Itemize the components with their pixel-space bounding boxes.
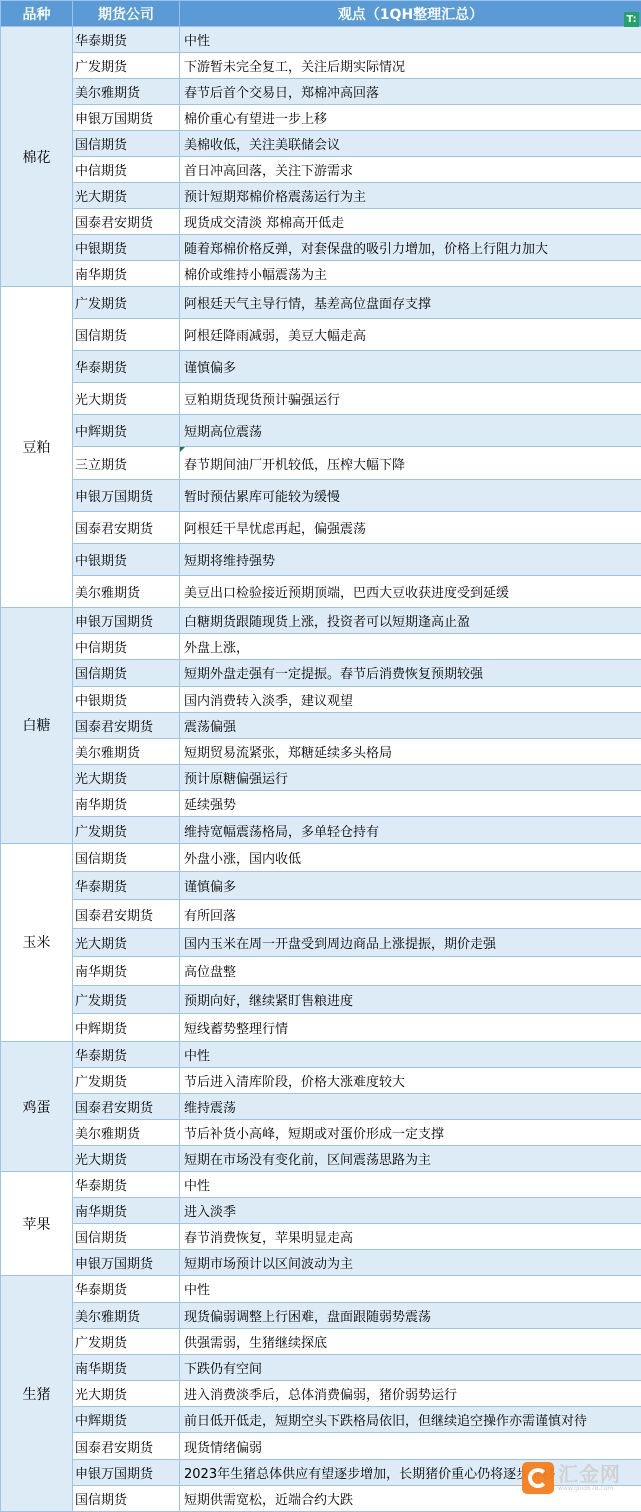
- view-cell[interactable]: 供强需弱，生猪继续探底: [180, 1328, 641, 1354]
- view-cell[interactable]: 短期高位震荡: [180, 415, 641, 447]
- table-row: 中辉期货短线蓄势整理行情: [1, 1013, 641, 1041]
- view-cell[interactable]: 豆粕期货现货预计骗强运行: [180, 383, 641, 415]
- view-cell[interactable]: 短期贸易流紧张，郑糖延续多头格局: [180, 738, 641, 764]
- view-cell[interactable]: 白糖期货跟随现货上涨，投资者可以短期逢高止盈: [180, 607, 641, 633]
- company-cell[interactable]: 广发期货: [73, 53, 180, 79]
- view-text: 阿根廷天气主导行情，基差高位盘面存支撑: [184, 297, 431, 312]
- company-cell[interactable]: 南华期货: [73, 957, 180, 985]
- view-cell[interactable]: 维持震荡: [180, 1094, 641, 1120]
- table-row: 国信期货短期外盘走强有一定提振。春节后消费恢复预期较强: [1, 660, 641, 686]
- view-cell[interactable]: 短期市场预计以区间波动为主: [180, 1250, 641, 1276]
- view-text: 现货成交清淡 郑棉高开低走: [184, 216, 344, 231]
- view-cell[interactable]: 震荡偏强: [180, 712, 641, 738]
- company-cell[interactable]: 华泰期货: [73, 1042, 180, 1068]
- table-row: 鸡蛋华泰期货中性: [1, 1042, 641, 1068]
- view-text: 短期供需宽松，近端合约大跌: [184, 1493, 353, 1508]
- view-cell[interactable]: 国内消费转入淡季，建议观望: [180, 686, 641, 712]
- view-text: 维持震荡: [184, 1101, 236, 1116]
- view-cell[interactable]: 预期向好，继续紧盯售粮进度: [180, 985, 641, 1013]
- company-cell[interactable]: 华泰期货: [73, 351, 180, 383]
- company-cell[interactable]: 国泰君安期货: [73, 1433, 180, 1459]
- view-cell[interactable]: 下游暂未完全复工，关注后期实际情况: [180, 53, 641, 79]
- table-row: 玉米国信期货外盘小涨，国内收低: [1, 843, 641, 871]
- view-text: 短期贸易流紧张，郑糖延续多头格局: [184, 746, 392, 761]
- table-row: 中辉期货前日低开低走，短期空头下跌格局依旧，但继续追空操作亦需谨慎对待: [1, 1407, 641, 1433]
- company-cell[interactable]: 中信期货: [73, 634, 180, 660]
- view-text: 短期外盘走强有一定提振。春节后消费恢复预期较强: [184, 667, 483, 682]
- table-row: 光大期货国内玉米在周一开盘受到周边商品上涨提振，期价走强: [1, 928, 641, 956]
- company-cell[interactable]: 广发期货: [73, 1328, 180, 1354]
- view-cell[interactable]: 有所回落: [180, 900, 641, 928]
- company-cell[interactable]: 广发期货: [73, 817, 180, 843]
- header-view[interactable]: 观点（1QH整理汇总） T:: [180, 1, 641, 27]
- table-row: 南华期货进入淡季: [1, 1198, 641, 1224]
- company-cell[interactable]: 中辉期货: [73, 415, 180, 447]
- company-cell[interactable]: 南华期货: [73, 791, 180, 817]
- company-cell[interactable]: 国泰君安期货: [73, 209, 180, 235]
- view-cell[interactable]: 中性: [180, 1276, 641, 1302]
- table-row: 广发期货节后进入清库阶段，价格大涨难度较大: [1, 1068, 641, 1094]
- view-text: 春节消费恢复，苹果明显走高: [184, 1231, 353, 1246]
- view-cell[interactable]: 现货偏弱调整上行困难，盘面跟随弱势震荡: [180, 1302, 641, 1328]
- company-cell[interactable]: 国信期货: [73, 1485, 180, 1511]
- view-cell[interactable]: 短期将维持强势: [180, 543, 641, 575]
- company-cell[interactable]: 中辉期货: [73, 1407, 180, 1433]
- view-text: 短期将维持强势: [184, 554, 275, 569]
- table-row: 国信期货春节消费恢复，苹果明显走高: [1, 1224, 641, 1250]
- header-category[interactable]: 品种: [1, 1, 73, 27]
- table-row: 豆粕广发期货阿根廷天气主导行情，基差高位盘面存支撑: [1, 287, 641, 319]
- view-text: 暂时预估累库可能较为缓慢: [184, 490, 340, 505]
- company-cell[interactable]: 华泰期货: [73, 27, 180, 53]
- table-row: 白糖申银万国期货白糖期货跟随现货上涨，投资者可以短期逢高止盈: [1, 607, 641, 633]
- view-cell[interactable]: 下跌仍有空间: [180, 1354, 641, 1380]
- view-text: 中性: [184, 1179, 210, 1194]
- company-cell[interactable]: 申银万国期货: [73, 105, 180, 131]
- view-text: 中性: [184, 34, 210, 49]
- company-cell[interactable]: 国信期货: [73, 1224, 180, 1250]
- view-cell[interactable]: 短期外盘走强有一定提振。春节后消费恢复预期较强: [180, 660, 641, 686]
- company-cell[interactable]: 南华期货: [73, 1354, 180, 1380]
- table-row: 广发期货供强需弱，生猪继续探底: [1, 1328, 641, 1354]
- header-row: 品种 期货公司 观点（1QH整理汇总） T:: [1, 1, 641, 27]
- category-cell[interactable]: 苹果: [1, 1172, 73, 1276]
- category-cell[interactable]: 棉花: [1, 27, 73, 287]
- table-body: 棉花华泰期货中性广发期货下游暂未完全复工，关注后期实际情况美尔雅期货春节后首个交…: [1, 27, 641, 1512]
- table-row: 三立期货春节期间油厂开机较低，压榨大幅下降: [1, 447, 641, 479]
- company-cell[interactable]: 广发期货: [73, 287, 180, 319]
- company-cell[interactable]: 美尔雅期货: [73, 1120, 180, 1146]
- view-text: 预计原糖偏强运行: [184, 772, 288, 787]
- table-row: 南华期货下跌仍有空间: [1, 1354, 641, 1380]
- view-text: 下跌仍有空间: [184, 1362, 262, 1377]
- table-row: 国泰君安期货现货成交清淡 郑棉高开低走: [1, 209, 641, 235]
- company-cell[interactable]: 国信期货: [73, 660, 180, 686]
- company-cell[interactable]: 中信期货: [73, 157, 180, 183]
- view-text: 预期向好，继续紧盯售粮进度: [184, 994, 353, 1009]
- view-cell[interactable]: 棉价或维持小幅震荡为主: [180, 261, 641, 287]
- view-cell[interactable]: 美棉收低，关注美联储会议: [180, 131, 641, 157]
- company-cell[interactable]: 国泰君安期货: [73, 1094, 180, 1120]
- table-row: 美尔雅期货春节后首个交易日，郑棉冲高回落: [1, 79, 641, 105]
- view-text: 棉价或维持小幅震荡为主: [184, 268, 327, 283]
- table-row: 国信期货阿根廷降雨减弱，美豆大幅走高: [1, 319, 641, 351]
- view-cell[interactable]: 中性: [180, 1172, 641, 1198]
- view-text: 短期在市场没有变化前，区间震荡思路为主: [184, 1153, 431, 1168]
- table-row: 苹果华泰期货中性: [1, 1172, 641, 1198]
- table-row: 广发期货维持宽幅震荡格局，多单轻仓持有: [1, 817, 641, 843]
- company-cell[interactable]: 美尔雅期货: [73, 79, 180, 105]
- company-cell[interactable]: 申银万国期货: [73, 1250, 180, 1276]
- view-text: 阿根廷干旱忧虑再起，偏强震荡: [184, 522, 366, 537]
- view-cell[interactable]: 短线蓄势整理行情: [180, 1013, 641, 1041]
- table-row: 申银万国期货棉价重心有望进一步上移: [1, 105, 641, 131]
- view-text: 美棉收低，关注美联储会议: [184, 138, 340, 153]
- company-cell[interactable]: 华泰期货: [73, 1276, 180, 1302]
- view-text: 现货情绪偏弱: [184, 1441, 262, 1456]
- company-cell[interactable]: 美尔雅期货: [73, 1302, 180, 1328]
- watermark: 汇金网 www.gold678.com: [522, 1458, 641, 1498]
- company-cell[interactable]: 国泰君安期货: [73, 511, 180, 543]
- company-cell[interactable]: 国泰君安期货: [73, 900, 180, 928]
- view-cell[interactable]: 短期在市场没有变化前，区间震荡思路为主: [180, 1146, 641, 1172]
- company-cell[interactable]: 中银期货: [73, 543, 180, 575]
- view-cell[interactable]: 美豆出口检验接近预期顶端，巴西大豆收获进度受到延缓: [180, 575, 641, 607]
- table-row: 棉花华泰期货中性: [1, 27, 641, 53]
- table-row: 广发期货预期向好，继续紧盯售粮进度: [1, 985, 641, 1013]
- view-cell[interactable]: 高位盘整: [180, 957, 641, 985]
- view-text: 2023年生猪总体供应有望逐步增加，长期猪价重心仍将逐步下移: [184, 1467, 555, 1482]
- view-cell[interactable]: 延续强势: [180, 791, 641, 817]
- company-cell[interactable]: 光大期货: [73, 183, 180, 209]
- table-row: 华泰期货谨慎偏多: [1, 351, 641, 383]
- view-cell[interactable]: 首日冲高回落，关注下游需求: [180, 157, 641, 183]
- table-row: 国泰君安期货现货情绪偏弱: [1, 1433, 641, 1459]
- company-cell[interactable]: 申银万国期货: [73, 1459, 180, 1485]
- view-cell[interactable]: 棉价重心有望进一步上移: [180, 105, 641, 131]
- company-cell[interactable]: 广发期货: [73, 985, 180, 1013]
- table-row: 国信期货美棉收低，关注美联储会议: [1, 131, 641, 157]
- view-cell[interactable]: 国内玉米在周一开盘受到周边商品上涨提振，期价走强: [180, 928, 641, 956]
- company-cell[interactable]: 华泰期货: [73, 872, 180, 900]
- company-cell[interactable]: 美尔雅期货: [73, 738, 180, 764]
- view-cell[interactable]: 谨慎偏多: [180, 351, 641, 383]
- view-cell[interactable]: 春节消费恢复，苹果明显走高: [180, 1224, 641, 1250]
- company-cell[interactable]: 光大期货: [73, 765, 180, 791]
- view-text: 春节期间油厂开机较低，压榨大幅下降: [184, 458, 405, 473]
- view-cell[interactable]: 预计原糖偏强运行: [180, 765, 641, 791]
- view-cell[interactable]: 春节期间油厂开机较低，压榨大幅下降: [180, 447, 641, 479]
- filter-icon[interactable]: T:: [624, 12, 639, 27]
- view-cell[interactable]: 阿根廷降雨减弱，美豆大幅走高: [180, 319, 641, 351]
- view-text: 中性: [184, 1283, 210, 1298]
- view-text: 美豆出口检验接近预期顶端，巴西大豆收获进度受到延缓: [184, 586, 509, 601]
- company-cell[interactable]: 国泰君安期货: [73, 712, 180, 738]
- view-cell[interactable]: 预计短期郑棉价格震荡运行为主: [180, 183, 641, 209]
- view-cell[interactable]: 中性: [180, 1042, 641, 1068]
- category-cell[interactable]: 豆粕: [1, 287, 73, 608]
- view-text: 高位盘整: [184, 965, 236, 980]
- company-cell[interactable]: 美尔雅期货: [73, 575, 180, 607]
- table-row: 国泰君安期货震荡偏强: [1, 712, 641, 738]
- view-text: 国内玉米在周一开盘受到周边商品上涨提振，期价走强: [184, 937, 496, 952]
- table-row: 南华期货棉价或维持小幅震荡为主: [1, 261, 641, 287]
- view-text: 现货偏弱调整上行困难，盘面跟随弱势震荡: [184, 1310, 431, 1325]
- company-cell[interactable]: 国信期货: [73, 319, 180, 351]
- view-cell[interactable]: 节后补货小高峰，短期或对蛋价形成一定支撑: [180, 1120, 641, 1146]
- company-cell[interactable]: 中银期货: [73, 235, 180, 261]
- watermark-url: www.gold678.com: [558, 1486, 621, 1492]
- company-cell[interactable]: 广发期货: [73, 1068, 180, 1094]
- watermark-logo-icon: [522, 1462, 554, 1494]
- table-row: 光大期货豆粕期货现货预计骗强运行: [1, 383, 641, 415]
- table-row: 光大期货短期在市场没有变化前，区间震荡思路为主: [1, 1146, 641, 1172]
- table-row: 美尔雅期货美豆出口检验接近预期顶端，巴西大豆收获进度受到延缓: [1, 575, 641, 607]
- company-cell[interactable]: 中辉期货: [73, 1013, 180, 1041]
- company-cell[interactable]: 华泰期货: [73, 1172, 180, 1198]
- table-row: 南华期货高位盘整: [1, 957, 641, 985]
- table-row: 申银万国期货短期市场预计以区间波动为主: [1, 1250, 641, 1276]
- company-cell[interactable]: 南华期货: [73, 1198, 180, 1224]
- view-cell[interactable]: 前日低开低走，短期空头下跌格局依旧，但继续追空操作亦需谨慎对待: [180, 1407, 641, 1433]
- table-row: 中银期货短期将维持强势: [1, 543, 641, 575]
- view-cell[interactable]: 随着郑棉价格反弹，对套保盘的吸引力增加，价格上行阻力加大: [180, 235, 641, 261]
- view-text: 短期高位震荡: [184, 425, 262, 440]
- category-cell[interactable]: 白糖: [1, 607, 73, 843]
- view-cell[interactable]: 节后进入清库阶段，价格大涨难度较大: [180, 1068, 641, 1094]
- table-row: 南华期货延续强势: [1, 791, 641, 817]
- view-cell[interactable]: 进入消费淡季后，总体消费偏弱，猪价弱势运行: [180, 1381, 641, 1407]
- view-text: 维持宽幅震荡格局，多单轻仓持有: [184, 825, 379, 840]
- company-cell[interactable]: 申银万国期货: [73, 479, 180, 511]
- view-cell[interactable]: 进入淡季: [180, 1198, 641, 1224]
- table-row: 中银期货随着郑棉价格反弹，对套保盘的吸引力增加，价格上行阻力加大: [1, 235, 641, 261]
- table-row: 中辉期货短期高位震荡: [1, 415, 641, 447]
- view-cell[interactable]: 现货情绪偏弱: [180, 1433, 641, 1459]
- view-cell[interactable]: 外盘上涨，: [180, 634, 641, 660]
- table-row: 国泰君安期货阿根廷干旱忧虑再起，偏强震荡: [1, 511, 641, 543]
- view-text: 延续强势: [184, 798, 236, 813]
- category-cell[interactable]: 玉米: [1, 843, 73, 1042]
- view-cell[interactable]: 阿根廷干旱忧虑再起，偏强震荡: [180, 511, 641, 543]
- view-text: 预计短期郑棉价格震荡运行为主: [184, 190, 366, 205]
- company-cell[interactable]: 光大期货: [73, 1381, 180, 1407]
- view-text: 春节后首个交易日，郑棉冲高回落: [184, 86, 379, 101]
- company-cell[interactable]: 南华期货: [73, 261, 180, 287]
- company-cell[interactable]: 光大期货: [73, 1146, 180, 1172]
- table-row: 中信期货外盘上涨，: [1, 634, 641, 660]
- view-cell[interactable]: 中性: [180, 27, 641, 53]
- table-row: 美尔雅期货节后补货小高峰，短期或对蛋价形成一定支撑: [1, 1120, 641, 1146]
- table-row: 光大期货预计原糖偏强运行: [1, 765, 641, 791]
- table-row: 光大期货进入消费淡季后，总体消费偏弱，猪价弱势运行: [1, 1381, 641, 1407]
- company-cell[interactable]: 光大期货: [73, 928, 180, 956]
- category-cell[interactable]: 鸡蛋: [1, 1042, 73, 1172]
- table-row: 华泰期货谨慎偏多: [1, 872, 641, 900]
- view-text: 节后补货小高峰，短期或对蛋价形成一定支撑: [184, 1127, 444, 1142]
- table-row: 中银期货国内消费转入淡季，建议观望: [1, 686, 641, 712]
- view-cell[interactable]: 外盘小涨，国内收低: [180, 843, 641, 871]
- company-cell[interactable]: 光大期货: [73, 383, 180, 415]
- view-cell[interactable]: 现货成交清淡 郑棉高开低走: [180, 209, 641, 235]
- watermark-name: 汇金网: [558, 1464, 621, 1484]
- view-cell[interactable]: 阿根廷天气主导行情，基差高位盘面存支撑: [180, 287, 641, 319]
- view-text: 震荡偏强: [184, 720, 236, 735]
- table-row: 国泰君安期货有所回落: [1, 900, 641, 928]
- view-cell[interactable]: 维持宽幅震荡格局，多单轻仓持有: [180, 817, 641, 843]
- company-cell[interactable]: 三立期货: [73, 447, 180, 479]
- header-view-label: 观点（1QH整理汇总）: [338, 7, 483, 23]
- company-cell[interactable]: 国信期货: [73, 131, 180, 157]
- view-cell[interactable]: 春节后首个交易日，郑棉冲高回落: [180, 79, 641, 105]
- view-text: 白糖期货跟随现货上涨，投资者可以短期逢高止盈: [184, 615, 470, 630]
- view-text: 进入消费淡季后，总体消费偏弱，猪价弱势运行: [184, 1388, 457, 1403]
- cell-comment-indicator-icon: [180, 447, 185, 452]
- table-row: 广发期货下游暂未完全复工，关注后期实际情况: [1, 53, 641, 79]
- company-cell[interactable]: 申银万国期货: [73, 607, 180, 633]
- table-row: 美尔雅期货短期贸易流紧张，郑糖延续多头格局: [1, 738, 641, 764]
- view-text: 国内消费转入淡季，建议观望: [184, 694, 353, 709]
- table-row: 国泰君安期货维持震荡: [1, 1094, 641, 1120]
- view-cell[interactable]: 谨慎偏多: [180, 872, 641, 900]
- company-cell[interactable]: 国信期货: [73, 843, 180, 871]
- view-text: 首日冲高回落，关注下游需求: [184, 164, 353, 179]
- view-text: 供强需弱，生猪继续探底: [184, 1336, 327, 1351]
- view-text: 棉价重心有望进一步上移: [184, 112, 327, 127]
- company-cell[interactable]: 中银期货: [73, 686, 180, 712]
- table-row: 美尔雅期货现货偏弱调整上行困难，盘面跟随弱势震荡: [1, 1302, 641, 1328]
- view-text: 短期市场预计以区间波动为主: [184, 1257, 353, 1272]
- view-text: 外盘小涨，国内收低: [184, 852, 301, 867]
- table-row: 生猪华泰期货中性: [1, 1276, 641, 1302]
- table-row: 申银万国期货暂时预估累库可能较为缓慢: [1, 479, 641, 511]
- view-cell[interactable]: 暂时预估累库可能较为缓慢: [180, 479, 641, 511]
- view-text: 短线蓄势整理行情: [184, 1022, 288, 1037]
- view-text: 中性: [184, 1049, 210, 1064]
- futures-views-table: 品种 期货公司 观点（1QH整理汇总） T: 棉花华泰期货中性广发期货下游暂未完…: [0, 0, 641, 1512]
- view-text: 前日低开低走，短期空头下跌格局依旧，但继续追空操作亦需谨慎对待: [184, 1414, 587, 1429]
- view-text: 随着郑棉价格反弹，对套保盘的吸引力增加，价格上行阻力加大: [184, 242, 548, 257]
- view-text: 阿根廷降雨减弱，美豆大幅走高: [184, 329, 366, 344]
- table-row: 中信期货首日冲高回落，关注下游需求: [1, 157, 641, 183]
- view-text: 有所回落: [184, 909, 236, 924]
- view-text: 豆粕期货现货预计骗强运行: [184, 393, 340, 408]
- table-row: 光大期货预计短期郑棉价格震荡运行为主: [1, 183, 641, 209]
- view-text: 节后进入清库阶段，价格大涨难度较大: [184, 1075, 405, 1090]
- view-text: 外盘上涨，: [184, 641, 249, 656]
- view-text: 下游暂未完全复工，关注后期实际情况: [184, 60, 405, 75]
- view-text: 进入淡季: [184, 1205, 236, 1220]
- view-text: 谨慎偏多: [184, 880, 236, 895]
- view-text: 谨慎偏多: [184, 361, 236, 376]
- category-cell[interactable]: 生猪: [1, 1276, 73, 1512]
- header-company[interactable]: 期货公司: [73, 1, 180, 27]
